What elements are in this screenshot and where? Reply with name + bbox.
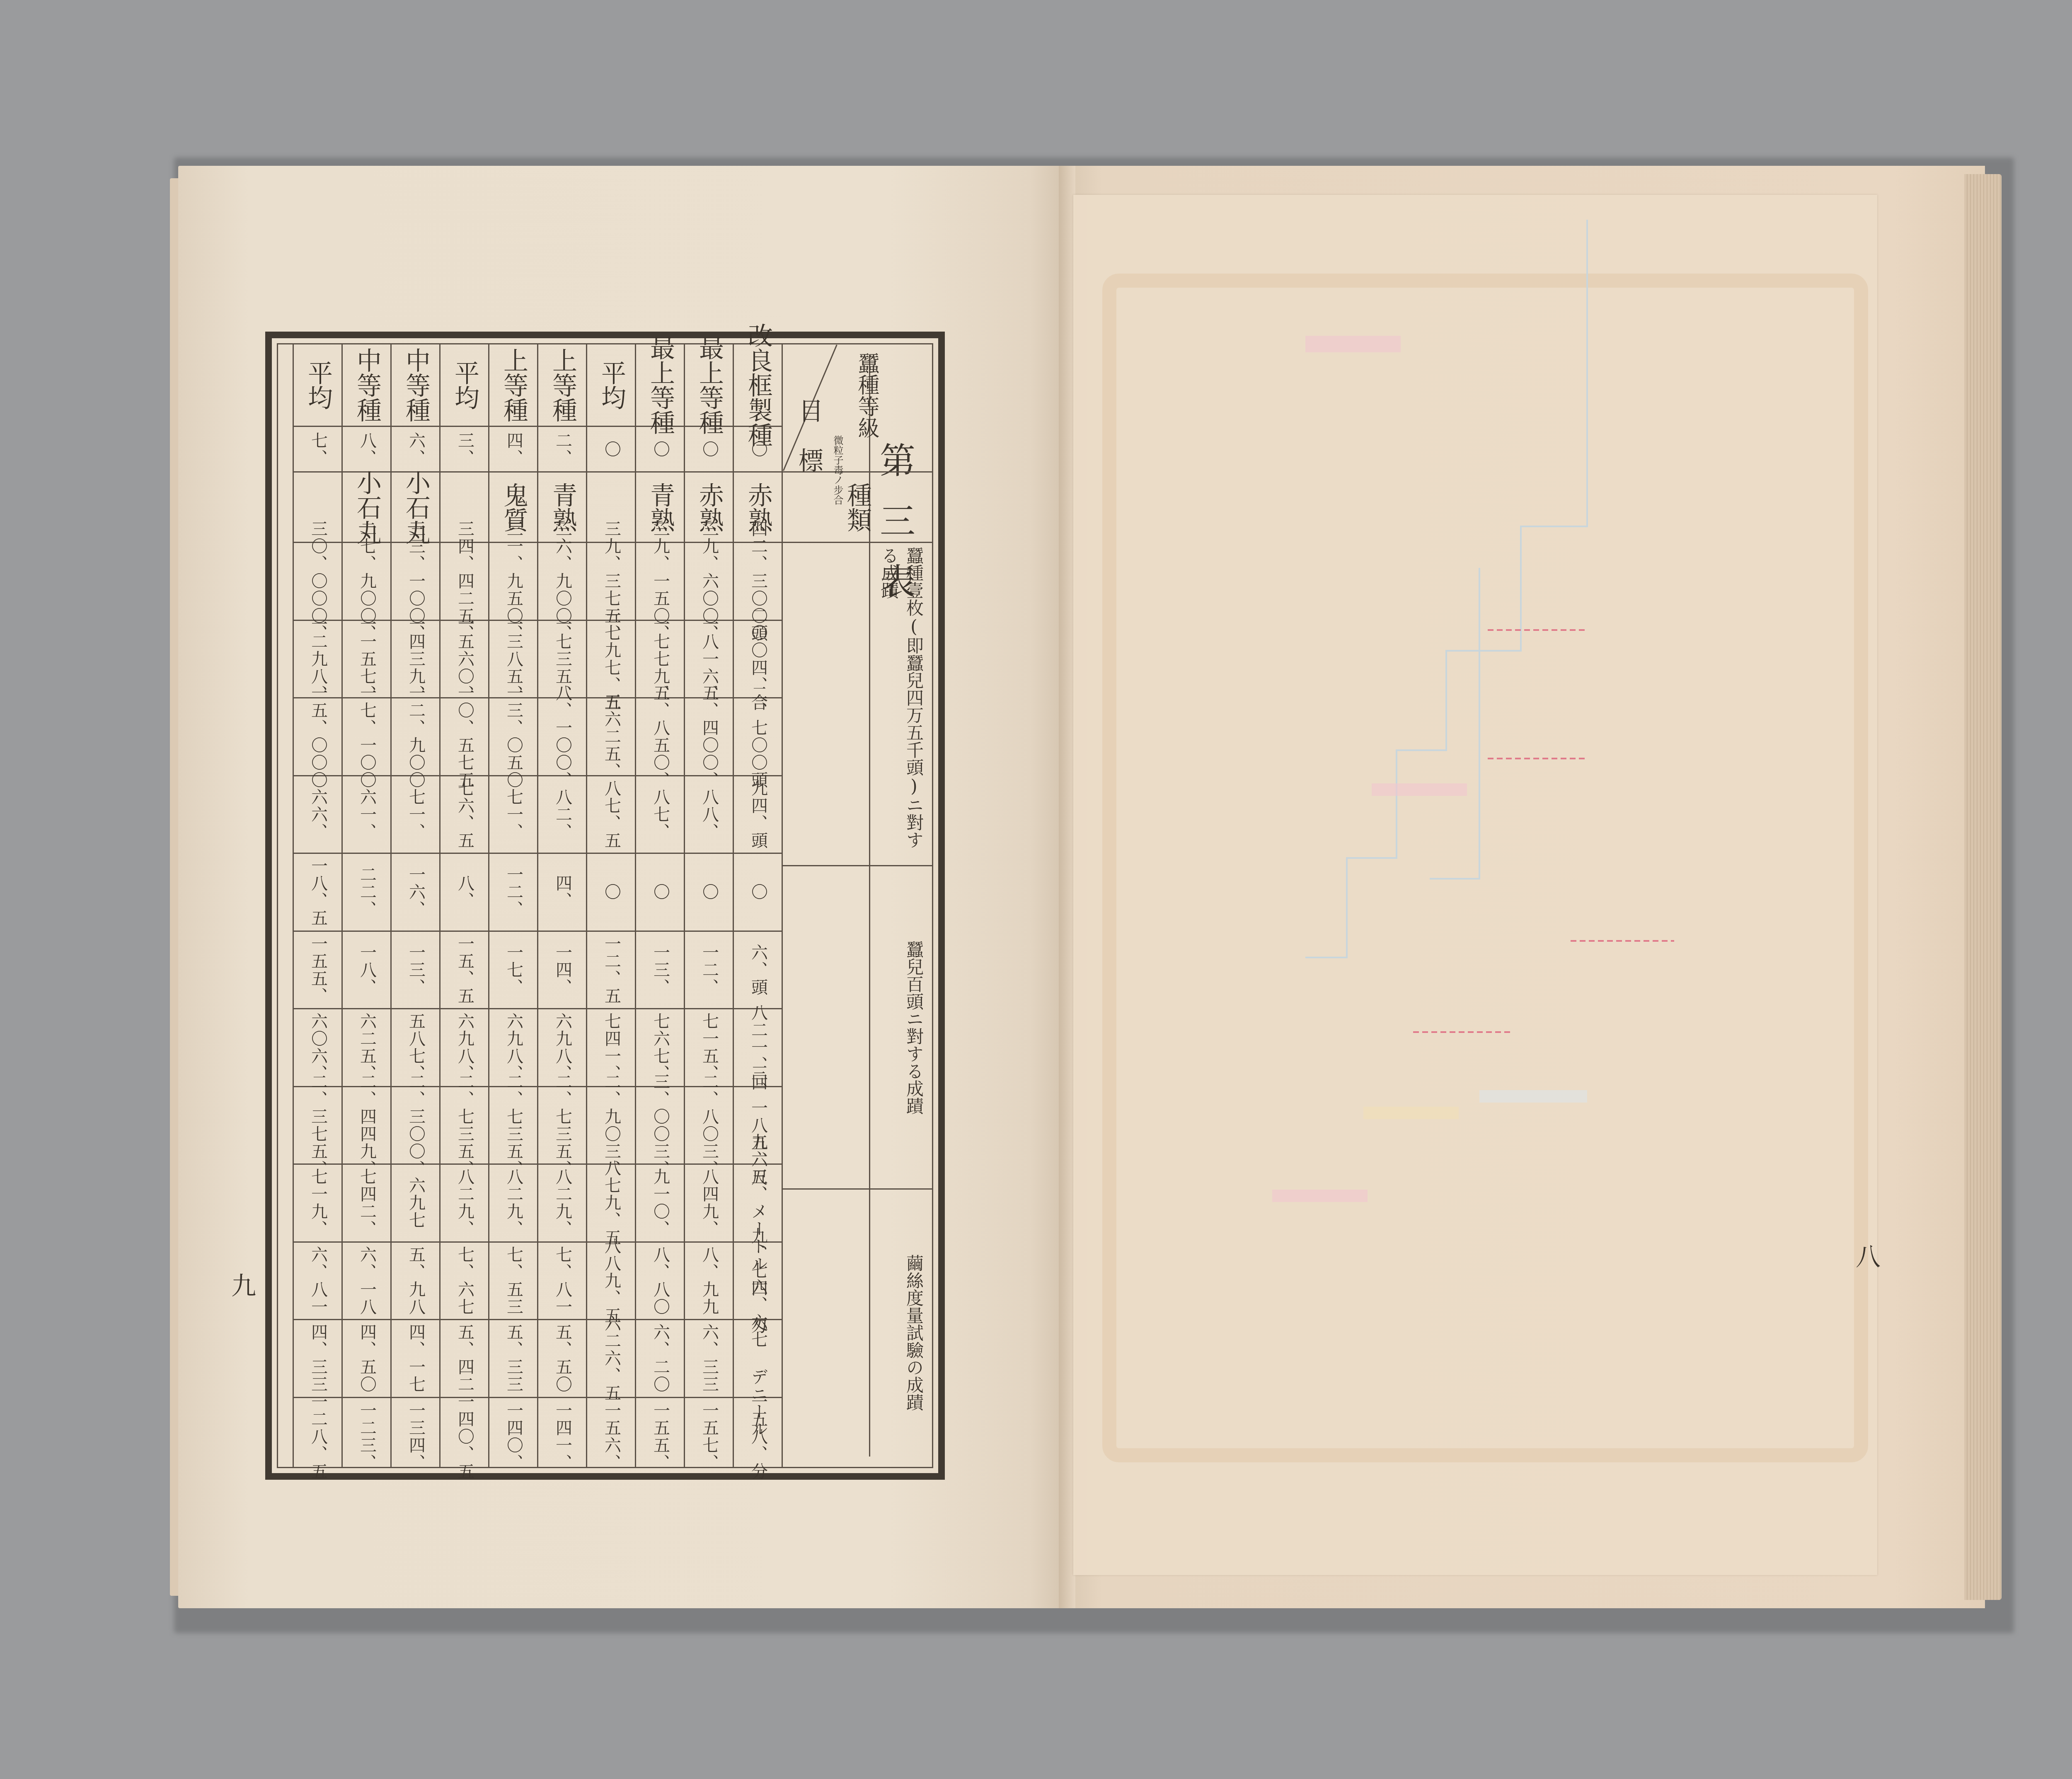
- table-value: 六〇六、: [307, 1013, 330, 1082]
- table-value: 六二五、: [356, 1013, 379, 1082]
- table-value: 八四九、: [698, 1168, 721, 1238]
- ratio-cell: 〇: [734, 427, 783, 473]
- value-cell: 八二九、: [538, 1165, 587, 1243]
- table-value: 八、: [453, 875, 477, 909]
- table-value: 七一九、: [307, 1168, 330, 1238]
- group-header-cell: 平均: [587, 344, 636, 427]
- ratio-cell: 二、: [538, 427, 587, 473]
- value-cell: 二二、: [343, 854, 392, 932]
- table-value: 六九八、: [551, 1013, 575, 1082]
- table-value: 二、三七五、: [307, 1073, 330, 1178]
- value-cell: 〇: [734, 854, 783, 932]
- value-cell: 八二九、: [441, 1165, 489, 1243]
- data-table: 第三表 蠶種等級 目標 微粒子毒ノ步合 種類 蠶種壹枚(即蠶兒四万五千頭)ニ對す…: [265, 332, 945, 1480]
- table-value: 八二九、: [551, 1168, 575, 1238]
- table-value: 一三、: [404, 944, 428, 996]
- value-cell: 七四二、: [343, 1165, 392, 1243]
- ratio-value: 〇: [698, 441, 721, 458]
- table-value: 五六二五、: [600, 693, 624, 780]
- table-value: 一八、五: [307, 857, 330, 927]
- table-value: 一〇、五七五: [453, 684, 477, 789]
- value-cell: 六、八一: [294, 1243, 343, 1321]
- table-value: 一八、: [356, 944, 379, 996]
- table-value: 六一、: [356, 788, 379, 841]
- table-value: 一四、: [551, 944, 575, 996]
- ratio-value: 七、: [307, 432, 330, 467]
- group-header: 最上等種: [692, 335, 727, 435]
- value-cell: 八七、五: [587, 776, 636, 854]
- data-column: 平均〇三九、三七五、一七九七、五五六二五、八七、五〇一二、五七四一、二、九〇三、…: [586, 344, 636, 1467]
- value-cell: 八、一〇〇、: [538, 698, 587, 776]
- value-cell: 一二、: [685, 932, 734, 1010]
- group-header-cell: 改良框製種: [734, 344, 783, 427]
- value-cell: 三三、一〇〇、: [392, 543, 441, 621]
- data-column: 中等種六、小石丸三三、一〇〇、一四三九、一二、九〇〇七一、一六、一三、五八七、二…: [390, 344, 441, 1467]
- table-value: 七六、五: [453, 780, 477, 849]
- table-value: 一二、五: [600, 935, 624, 1005]
- table-value: 八七九、五: [600, 1159, 624, 1246]
- value-cell: 六一、: [343, 776, 392, 854]
- group3-label-cell: 繭絲度量試驗の成蹟: [783, 1190, 932, 1476]
- ratio-cell: 〇: [685, 427, 734, 473]
- group-header-cell: 平均: [294, 344, 343, 427]
- table-value: 一七、: [502, 944, 526, 996]
- ratio-value: 八、: [356, 432, 379, 467]
- table-value: 八七、: [649, 788, 673, 841]
- table-value: 二、七三五、: [502, 1073, 526, 1178]
- value-cell: 九四、頭: [734, 776, 783, 854]
- value-cell: 一七、一〇〇: [343, 698, 392, 776]
- table-value: 一二、: [502, 866, 526, 918]
- table-value: 一二、九〇〇: [404, 684, 428, 789]
- value-cell: 八七九、五: [587, 1165, 636, 1243]
- right-page-edges: [1964, 174, 2002, 1600]
- value-cell: 八八九、五: [587, 1243, 636, 1321]
- table-value: 一二八、五: [307, 1393, 330, 1480]
- data-column: 改良框製種〇赤熟四二、三〇〇頭二〇〇四、合二、七〇〇頭九四、頭〇六、頭八二一、回…: [733, 344, 783, 1467]
- value-cell: 一五、五: [441, 932, 489, 1010]
- table-value: 六、一八: [356, 1246, 379, 1316]
- table-value: 六、八一: [307, 1246, 330, 1316]
- bleed-through-step-chart: [1073, 195, 1877, 1575]
- table-value: 七一、: [404, 788, 428, 841]
- table-value: 二二、: [356, 866, 379, 918]
- value-cell: 六、二〇: [636, 1320, 685, 1398]
- table-value: 一三、: [649, 944, 673, 996]
- value-cell: 〇: [685, 854, 734, 932]
- value-cell: 一六、: [392, 854, 441, 932]
- value-cell: 五、四二: [441, 1320, 489, 1398]
- value-cell: 六二六、五: [587, 1320, 636, 1398]
- group-header-cell: 上等種: [538, 344, 587, 427]
- table-value: 四、五〇: [356, 1323, 379, 1393]
- ratio-cell: 〇: [636, 427, 685, 473]
- value-cell: 一五七、: [685, 1398, 734, 1476]
- table-value: 〇: [747, 883, 770, 901]
- value-cell: 二、三〇〇、: [392, 1087, 441, 1165]
- table-value: 二、七三五、: [551, 1073, 575, 1178]
- value-cell: 二、三七五、: [294, 1087, 343, 1165]
- book-gutter: [1059, 166, 1075, 1608]
- value-cell: 二、四四九、: [343, 1087, 392, 1165]
- value-cell: 七、五三: [489, 1243, 538, 1321]
- value-cell: 五、九八: [392, 1243, 441, 1321]
- table-value: 七四二、: [356, 1168, 379, 1238]
- value-cell: 一五六、: [587, 1398, 636, 1476]
- value-cell: 〇: [636, 854, 685, 932]
- value-cell: 六、六七 デニール: [734, 1320, 783, 1398]
- value-cell: 五、三三: [489, 1320, 538, 1398]
- table-value: 九一〇、: [649, 1168, 673, 1238]
- table-value: 六九七: [404, 1177, 428, 1229]
- data-column: 最上等種〇赤熟三九、六〇〇、一八一六、五、四〇〇、八八、〇一二、七一五、二、八〇…: [684, 344, 734, 1467]
- ratio-value: 〇: [649, 441, 673, 458]
- group2-label: 蠶兒百頭ニ對する成蹟: [901, 940, 926, 1115]
- table-value: 一二、: [698, 944, 721, 996]
- value-cell: 八四九、: [685, 1165, 734, 1243]
- table-value: 一三、〇五〇: [502, 684, 526, 789]
- table-value: 一五七、: [698, 1402, 721, 1471]
- value-cell: 八七、: [636, 776, 685, 854]
- table-value: 一四〇、: [502, 1402, 526, 1471]
- group-header: 最上等種: [643, 335, 678, 435]
- ratio-cell: 四、: [489, 427, 538, 473]
- value-cell: 八、九九: [685, 1243, 734, 1321]
- table-value: 八七、五: [600, 780, 624, 849]
- data-column: 平均三、三四、四二五、一五六〇、一〇、五七五七六、五八、一五、五六九八、二、七三…: [439, 344, 489, 1467]
- value-cell: 三、〇〇三、: [636, 1087, 685, 1165]
- value-cell: 一五、〇〇〇: [294, 698, 343, 776]
- value-cell: 七、六七: [441, 1243, 489, 1321]
- table-value: 七、五三: [502, 1246, 526, 1316]
- type-label-cell: 種類: [783, 473, 932, 543]
- ratio-value: 〇: [747, 441, 770, 458]
- value-cell: 五、八五〇、: [636, 698, 685, 776]
- value-cell: 二、七三五、: [538, 1087, 587, 1165]
- value-cell: 八、八〇: [636, 1243, 685, 1321]
- table-value: 五、五〇: [551, 1323, 575, 1393]
- value-cell: 一三、: [392, 932, 441, 1010]
- value-cell: 六、頭: [734, 932, 783, 1010]
- group-header-cell: 最上等種: [636, 344, 685, 427]
- value-cell: 七、八一: [538, 1243, 587, 1321]
- table-value: 九四、頭: [747, 780, 770, 849]
- table-value: 八、九九: [698, 1246, 721, 1316]
- value-cell: 八二九、: [489, 1165, 538, 1243]
- ratio-cell: 三、: [441, 427, 489, 473]
- table-value: 七四一、: [600, 1013, 624, 1082]
- value-cell: 七一九、: [294, 1165, 343, 1243]
- table-value: 〇: [698, 883, 721, 901]
- table-value: 二、七三五、: [453, 1073, 477, 1178]
- value-cell: 三九、六〇〇、: [685, 543, 734, 621]
- header-corner: 蠶種等級 目標 微粒子毒ノ步合: [783, 344, 932, 473]
- table-value: 二、三〇〇、: [404, 1073, 428, 1178]
- value-cell: 四、一七: [392, 1320, 441, 1398]
- table-value: 二、四四九、: [356, 1073, 379, 1178]
- row-header-column: 蠶種等級 目標 微粒子毒ノ步合 種類 蠶種壹枚(即蠶兒四万五千頭)ニ對する成蹟 …: [782, 344, 933, 1467]
- ratio-cell: 六、: [392, 427, 441, 473]
- table-value: 七、六七: [453, 1246, 477, 1316]
- table-value: 一二三、: [356, 1402, 379, 1471]
- table-value: 八二、: [551, 788, 575, 841]
- table-value: 六六、: [307, 788, 330, 841]
- table-value: 八二九、: [502, 1168, 526, 1238]
- table-value: 六、二〇: [649, 1323, 673, 1393]
- value-cell: 二七、九〇〇、: [343, 543, 392, 621]
- table-value: 八二九、: [453, 1168, 477, 1238]
- value-cell: 一四〇、五: [441, 1398, 489, 1476]
- value-cell: 二、八〇三、: [685, 1087, 734, 1165]
- left-page-number: 九: [224, 1272, 259, 1297]
- value-cell: 一七九七、五: [587, 621, 636, 699]
- table-value: 四、: [551, 875, 575, 909]
- table-value: 一五、〇〇〇: [307, 684, 330, 789]
- group1-label: 蠶種壹枚(即蠶兒四万五千頭)ニ對する成蹟: [876, 547, 926, 862]
- group-header-cell: 最上等種: [685, 344, 734, 427]
- value-cell: 一三、: [636, 932, 685, 1010]
- value-cell: 〇: [587, 854, 636, 932]
- table-value: 六九八、: [502, 1013, 526, 1082]
- corner-row-label: 蠶種等級: [851, 352, 882, 439]
- group1-label-cell: 蠶種壹枚(即蠶兒四万五千頭)ニ對する成蹟: [783, 543, 932, 866]
- group-header-cell: 中等種: [343, 344, 392, 427]
- value-cell: 一〇、五七五: [441, 698, 489, 776]
- data-column: 平均七、三〇、〇〇〇、一二九八、一五、〇〇〇六六、一八、五一五五、六〇六、二、三…: [293, 344, 343, 1467]
- ratio-cell: 七、: [294, 427, 343, 473]
- value-cell: 七六、五: [441, 776, 489, 854]
- value-cell: 一五五、: [636, 1398, 685, 1476]
- value-cell: 五、四〇〇、: [685, 698, 734, 776]
- table-value: 一五六、: [600, 1402, 624, 1471]
- table-value: 一四〇、五: [453, 1393, 477, 1480]
- value-cell: 四、: [538, 854, 587, 932]
- group-header: 中等種: [398, 348, 434, 422]
- value-cell: 九一〇、: [636, 1165, 685, 1243]
- table-value: 一五八、分: [747, 1393, 770, 1480]
- value-cell: 一三、〇五〇: [489, 698, 538, 776]
- value-cell: 一五八、分: [734, 1398, 783, 1476]
- table-value: 八、一〇〇、: [551, 684, 575, 789]
- value-cell: 六九七: [392, 1165, 441, 1243]
- group-header: 平均: [594, 360, 629, 410]
- data-column: 上等種四、鬼質三一、九五〇、一三八五、一三、〇五〇七一、一二、一七、六九八、二、…: [488, 344, 538, 1467]
- ratio-value: 六、: [404, 432, 428, 467]
- table-value: 七、八一: [551, 1246, 575, 1316]
- value-cell: 六、三三: [685, 1320, 734, 1398]
- value-cell: 三六、九〇〇、: [538, 543, 587, 621]
- ratio-cell: 八、: [343, 427, 392, 473]
- value-cell: 四、五〇: [343, 1320, 392, 1398]
- table-value: 五、八五〇、: [649, 684, 673, 789]
- value-cell: 一二八、五: [294, 1398, 343, 1476]
- ratio-value: 〇: [600, 441, 624, 458]
- value-cell: 七一、: [392, 776, 441, 854]
- data-column: 最上等種〇青熟三九、一五〇、一七七九、五、八五〇、八七、〇一三、七六七、三、〇〇…: [635, 344, 685, 1467]
- table-value: 二、七〇〇頭: [747, 684, 770, 789]
- value-cell: 一三四、: [392, 1398, 441, 1476]
- table-value: 三、〇〇三、: [649, 1073, 673, 1178]
- value-cell: 一四、: [538, 932, 587, 1010]
- table-value: 一三四、: [404, 1402, 428, 1471]
- table-value: 六、三三: [698, 1323, 721, 1393]
- value-cell: 二、七三五、: [441, 1087, 489, 1165]
- group3-label: 繭絲度量試驗の成蹟: [901, 1254, 926, 1411]
- right-page-number: 八: [1848, 1243, 1884, 1268]
- group-header: 平均: [447, 360, 483, 410]
- table-value: 七六七、: [649, 1013, 673, 1082]
- table-value: 五八七、: [404, 1013, 428, 1082]
- table-value: 一六、: [404, 866, 428, 918]
- table-value: 七一五、: [698, 1013, 721, 1082]
- table-value: 一七、一〇〇: [356, 684, 379, 789]
- value-cell: 三四、四二五、: [441, 543, 489, 621]
- table-value: 五、九八: [404, 1246, 428, 1316]
- group-header-cell: 上等種: [489, 344, 538, 427]
- ratio-value: 四、: [502, 432, 526, 467]
- table-value: 八八、: [698, 788, 721, 841]
- table-value: 一五五、: [307, 935, 330, 1005]
- table-value: 一四一、: [551, 1402, 575, 1471]
- table-value: 八、八〇: [649, 1246, 673, 1316]
- table-value: 五、四〇〇、: [698, 684, 721, 789]
- value-cell: 二、九〇三、: [587, 1087, 636, 1165]
- value-cell: 五六二五、: [587, 698, 636, 776]
- table-value: 一五、五: [453, 935, 477, 1005]
- value-cell: 八八、: [685, 776, 734, 854]
- table-value: 五、四二: [453, 1323, 477, 1393]
- value-cell: 六、一八: [343, 1243, 392, 1321]
- group-header: 上等種: [545, 348, 581, 422]
- value-cell: 七一、: [489, 776, 538, 854]
- value-cell: 一二、九〇〇: [392, 698, 441, 776]
- value-cell: 一八、: [343, 932, 392, 1010]
- value-cell: 三九、一五〇、: [636, 543, 685, 621]
- value-cell: 三一、九五〇、: [489, 543, 538, 621]
- table-value: 〇: [600, 883, 624, 901]
- value-cell: 六六、: [294, 776, 343, 854]
- group-header-cell: 中等種: [392, 344, 441, 427]
- group-header: 中等種: [349, 348, 385, 422]
- ratio-value: 二、: [551, 432, 575, 467]
- ratio-cell: 〇: [587, 427, 636, 473]
- data-column: 中等種八、小石丸二七、九〇〇、一一五七、一七、一〇〇六一、二二、一八、六二五、二…: [341, 344, 392, 1467]
- value-cell: 五、五〇: [538, 1320, 587, 1398]
- ratio-value: 三、: [453, 432, 477, 467]
- table-value: 二、八〇三、: [698, 1073, 721, 1178]
- data-column: 上等種二、青熟三六、九〇〇、一七三五、八、一〇〇、八二、四、一四、六九八、二、七…: [537, 344, 587, 1467]
- value-cell: 三〇、〇〇〇、: [294, 543, 343, 621]
- table-value: 六二六、五: [600, 1315, 624, 1402]
- table-value: 七一、: [502, 788, 526, 841]
- value-cell: 一八、五: [294, 854, 343, 932]
- value-cell: 一四一、: [538, 1398, 587, 1476]
- type-label: 種類: [840, 482, 875, 532]
- table-value: 五、三三: [502, 1323, 526, 1393]
- group-header: 平均: [300, 360, 336, 410]
- value-cell: 一二、: [489, 854, 538, 932]
- value-cell: 二、七〇〇頭: [734, 698, 783, 776]
- group-header: 上等種: [496, 348, 532, 422]
- table-value: 六九八、: [453, 1013, 477, 1082]
- value-cell: 一四〇、: [489, 1398, 538, 1476]
- group2-label-cell: 蠶兒百頭ニ對する成蹟: [783, 866, 932, 1190]
- group-header-cell: 平均: [441, 344, 489, 427]
- table-value: 四、一七: [404, 1323, 428, 1393]
- value-cell: 一二、五: [587, 932, 636, 1010]
- value-cell: 一二三、: [343, 1398, 392, 1476]
- value-cell: 二、七三五、: [489, 1087, 538, 1165]
- table-value: 四、三三: [307, 1323, 330, 1393]
- table-value: 六、頭: [747, 944, 770, 996]
- value-cell: 八、: [441, 854, 489, 932]
- value-cell: 一五五、: [294, 932, 343, 1010]
- table-value: 八八九、五: [600, 1237, 624, 1324]
- value-cell: 四、三三: [294, 1320, 343, 1398]
- table-value: 〇: [649, 883, 673, 901]
- value-cell: 一七、: [489, 932, 538, 1010]
- value-cell: 八二、: [538, 776, 587, 854]
- table-value: 一五五、: [649, 1402, 673, 1471]
